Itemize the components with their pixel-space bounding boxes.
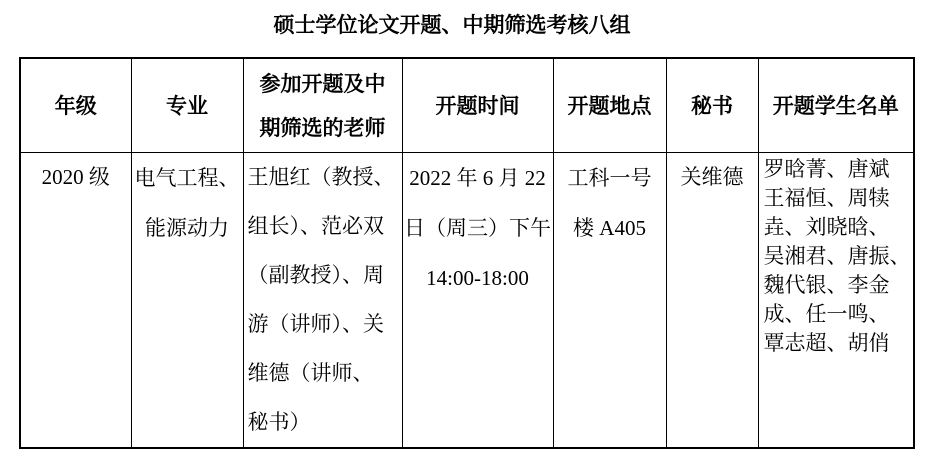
cell-grade: 2020 级 [20,153,131,449]
assessment-table: 年级 专业 参加开题及中 期筛选的老师 开题时间 开题地点 秘书 开题学生名单 … [19,57,915,449]
cell-secretary: 关维德 [666,153,758,449]
document-page: 硕士学位论文开题、中期筛选考核八组 年级 专业 参加开题及中 期筛选的老师 开题… [0,0,928,462]
header-students: 开题学生名单 [758,58,914,153]
header-grade: 年级 [20,58,131,153]
header-location: 开题地点 [553,58,666,153]
header-secretary: 秘书 [666,58,758,153]
header-time: 开题时间 [402,58,553,153]
header-teachers: 参加开题及中 期筛选的老师 [243,58,402,153]
header-major: 专业 [131,58,243,153]
cell-location: 工科一号 楼 A405 [553,153,666,449]
table-row: 2020 级 电气工程、 能源动力 王旭红（教授、 组长）、范必双 （副教授）、… [20,153,914,449]
cell-teachers: 王旭红（教授、 组长）、范必双 （副教授）、周 游（讲师）、关 维德（讲师、 秘… [243,153,402,449]
cell-students: 罗晗菁、唐斌 王福恒、周犊 垚、刘晓晗、 吴湘君、唐振、 魏代银、李金 成、任一… [758,153,914,449]
cell-time: 2022 年 6 月 22 日（周三）下午 14:00-18:00 [402,153,553,449]
cell-major: 电气工程、 能源动力 [131,153,243,449]
document-title: 硕士学位论文开题、中期筛选考核八组 [12,9,892,39]
table-header-row: 年级 专业 参加开题及中 期筛选的老师 开题时间 开题地点 秘书 开题学生名单 [20,58,914,153]
